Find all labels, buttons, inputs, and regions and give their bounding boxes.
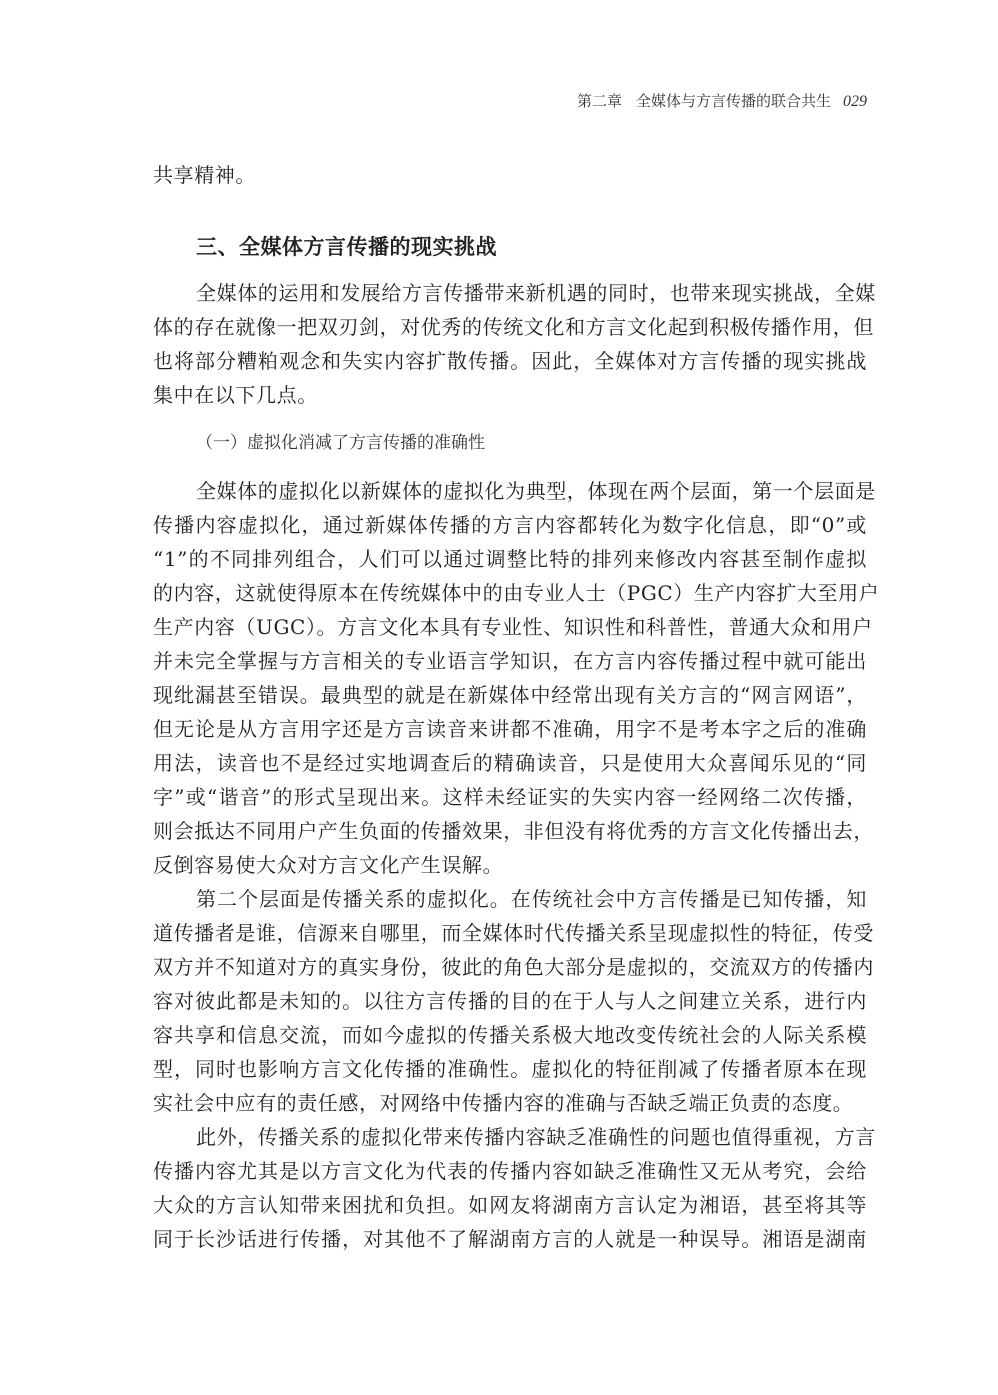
text-line: 同于长沙话进行传播，对其他不了解湖南方言的人就是一种误导。湘语是湖南 <box>153 1222 867 1256</box>
text-line: 第二个层面是传播关系的虚拟化。在传统社会中方言传播是已知传播，知 <box>153 882 867 916</box>
text-line: 用法，读音也不是经过实地调查后的精确读音，只是使用大众喜闻乐见的“同 <box>153 746 867 780</box>
text-line: 型，同时也影响方言文化传播的准确性。虚拟化的特征削减了传播者原本在现 <box>153 1052 867 1086</box>
subsection-heading: （一）虚拟化消减了方言传播的准确性 <box>153 426 867 460</box>
text-line: 全媒体的虚拟化以新媒体的虚拟化为典型，体现在两个层面，第一个层面是 <box>153 474 867 508</box>
intro-paragraph: 全媒体的运用和发展给方言传播带来新机遇的同时，也带来现实挑战，全媒 体的存在就像… <box>153 276 867 412</box>
text-line: 生产内容（UGC）。方言文化本具有专业性、知识性和科普性，普通大众和用户 <box>153 610 867 644</box>
carry-over-line: 共享精神。 <box>153 158 867 192</box>
paragraph-3: 此外，传播关系的虚拟化带来传播内容缺乏准确性的问题也值得重视，方言 传播内容尤其… <box>153 1120 867 1256</box>
text-line: “1”的不同排列组合，人们可以通过调整比特的排列来修改内容甚至制作虚拟 <box>153 542 867 576</box>
text-line: 字”或“谐音”的形式呈现出来。这样未经证实的失实内容一经网络二次传播， <box>153 780 867 814</box>
text-line: 实社会中应有的责任感，对网络中传播内容的准确与否缺乏端正负责的态度。 <box>153 1086 867 1120</box>
text-line: 反倒容易使大众对方言文化产生误解。 <box>153 848 867 882</box>
text-line: 双方并不知道对方的真实身份，彼此的角色大部分是虚拟的，交流双方的传播内 <box>153 950 867 984</box>
text-line: 体的存在就像一把双刃剑，对优秀的传统文化和方言文化起到积极传播作用，但 <box>153 310 867 344</box>
text-line: 此外，传播关系的虚拟化带来传播内容缺乏准确性的问题也值得重视，方言 <box>153 1120 867 1154</box>
text-line: 但无论是从方言用字还是方言读音来讲都不准确，用字不是考本字之后的准确 <box>153 712 867 746</box>
text-line: 的内容，这就使得原本在传统媒体中的由专业人士（PGC）生产内容扩大至用户 <box>153 576 867 610</box>
text-line: 也将部分糟粕观念和失实内容扩散传播。因此，全媒体对方言传播的现实挑战 <box>153 344 867 378</box>
text-line: 容对彼此都是未知的。以往方言传播的目的在于人与人之间建立关系，进行内 <box>153 984 867 1018</box>
section-heading: 三、全媒体方言传播的现实挑战 <box>153 230 867 264</box>
text-line: 传播内容尤其是以方言文化为代表的传播内容如缺乏准确性又无从考究，会给 <box>153 1154 867 1188</box>
text-line: 现纰漏甚至错误。最典型的就是在新媒体中经常出现有关方言的“网言网语”， <box>153 678 867 712</box>
text-line: 大众的方言认知带来困扰和负担。如网友将湖南方言认定为湘语，甚至将其等 <box>153 1188 867 1222</box>
paragraph-2: 第二个层面是传播关系的虚拟化。在传统社会中方言传播是已知传播，知 道传播者是谁，… <box>153 882 867 1120</box>
chapter-label: 第二章 <box>577 92 622 110</box>
running-head: 第二章全媒体与方言传播的联合共生029 <box>520 90 867 111</box>
text-line: 道传播者是谁，信源来自哪里，而全媒体时代传播关系呈现虚拟性的特征，传受 <box>153 916 867 950</box>
paragraph-1: 全媒体的虚拟化以新媒体的虚拟化为典型，体现在两个层面，第一个层面是 传播内容虚拟… <box>153 474 867 882</box>
page-number: 029 <box>843 93 867 110</box>
text-line: 并未完全掌握与方言相关的专业语言学知识，在方言内容传播过程中就可能出 <box>153 644 867 678</box>
text-line: 集中在以下几点。 <box>153 378 867 412</box>
page-body: 共享精神。 三、全媒体方言传播的现实挑战 全媒体的运用和发展给方言传播带来新机遇… <box>153 158 867 1256</box>
text-line: 则会抵达不同用户产生负面的传播效果，非但没有将优秀的方言文化传播出去， <box>153 814 867 848</box>
text-line: 全媒体的运用和发展给方言传播带来新机遇的同时，也带来现实挑战，全媒 <box>153 276 867 310</box>
chapter-title: 全媒体与方言传播的联合共生 <box>636 92 831 110</box>
text-line: 容共享和信息交流，而如今虚拟的传播关系极大地改变传统社会的人际关系模 <box>153 1018 867 1052</box>
text-line: 传播内容虚拟化，通过新媒体传播的方言内容都转化为数字化信息，即“0”或 <box>153 508 867 542</box>
